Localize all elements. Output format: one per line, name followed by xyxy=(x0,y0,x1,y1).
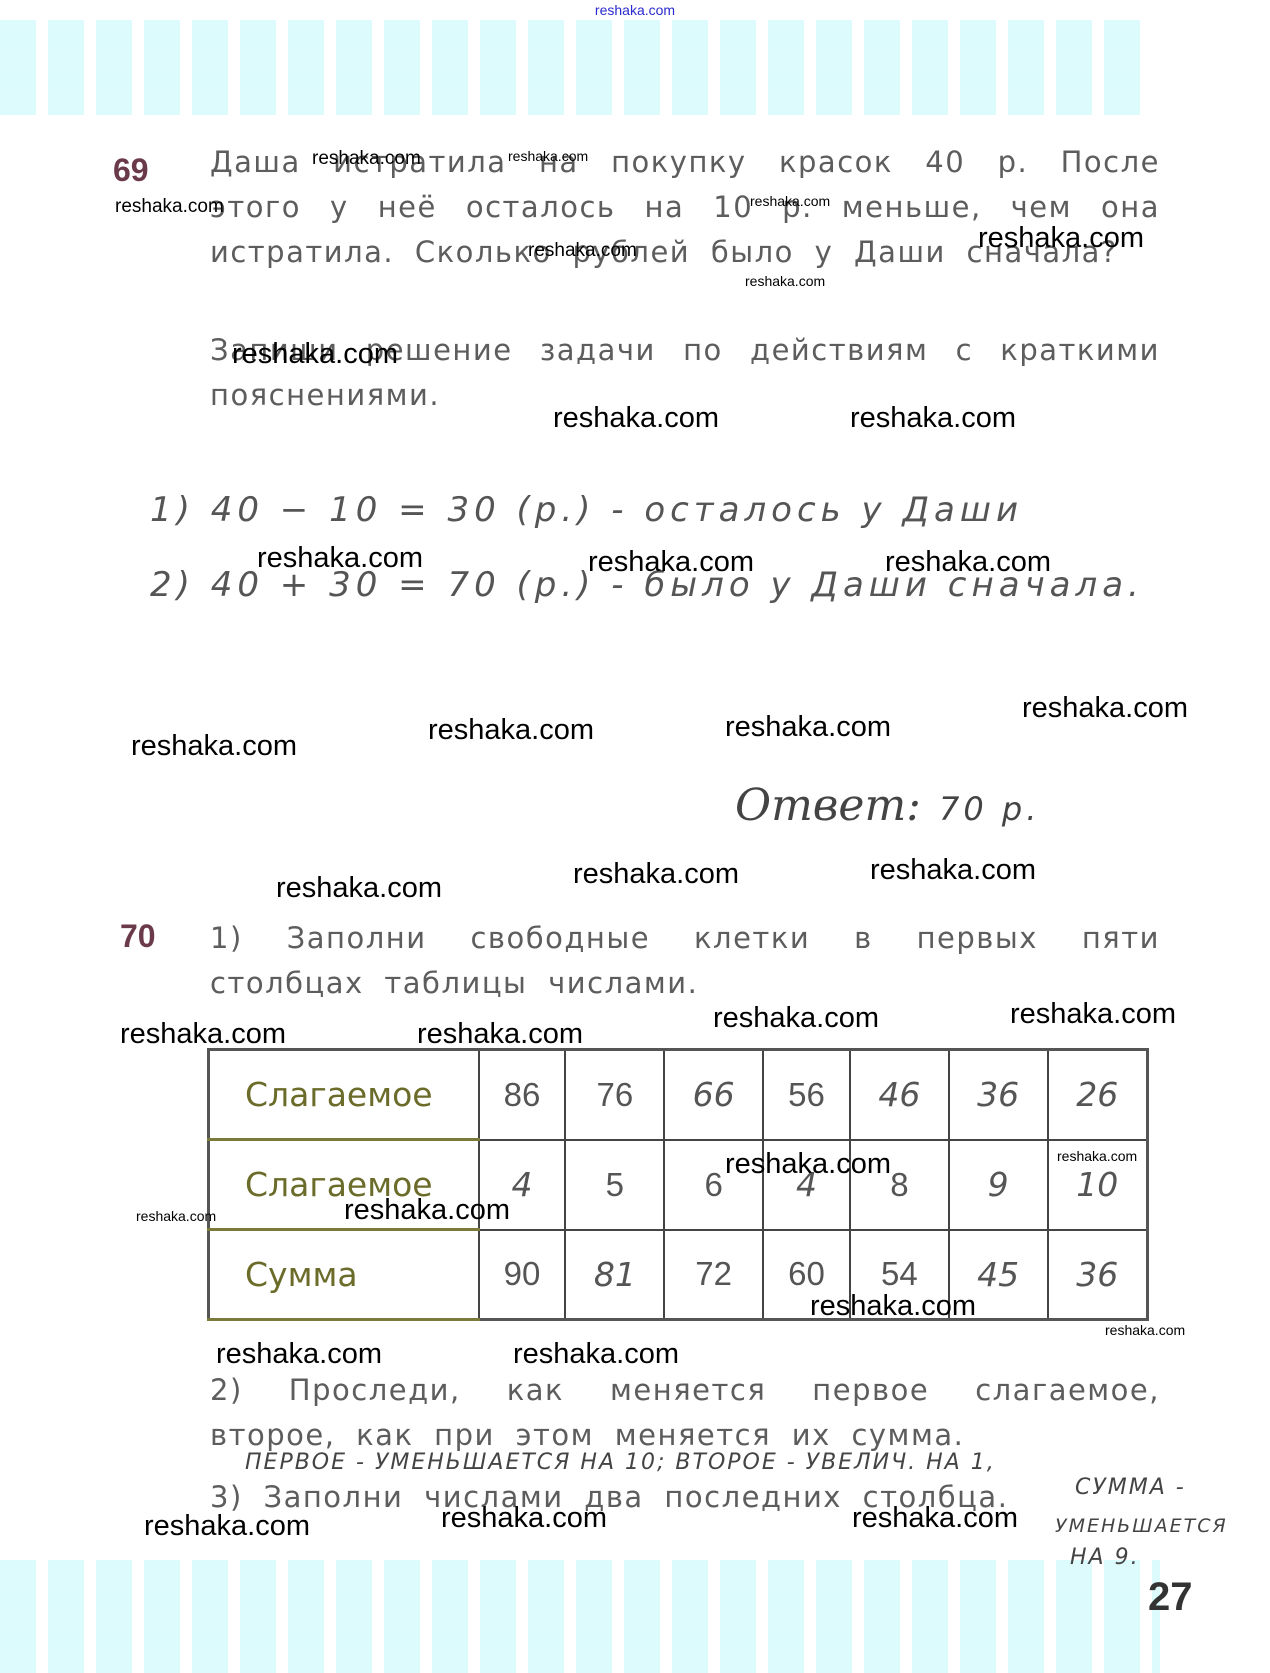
watermark: reshaka.com xyxy=(725,1148,891,1181)
watermark: reshaka.com xyxy=(257,542,423,575)
watermark: reshaka.com xyxy=(850,402,1016,435)
table-row-sum: Сумма 90 81 72 60 54 45 36 xyxy=(209,1230,1148,1320)
answer-label: Ответ: xyxy=(735,780,921,831)
watermark: reshaka.com xyxy=(508,148,588,164)
table-cell: 26 xyxy=(1048,1050,1148,1140)
watermark: reshaka.com xyxy=(725,711,891,744)
table-cell: 46 xyxy=(850,1050,949,1140)
watermark: reshaka.com xyxy=(885,546,1051,579)
watermark: reshaka.com xyxy=(131,730,297,763)
solution-step-1: 1) 40 − 10 = 30 (р.) - осталось у Даши xyxy=(150,490,1023,530)
watermark: reshaka.com xyxy=(528,240,637,262)
table-cell: 86 xyxy=(479,1050,566,1140)
answer-69: Ответ:70 р. xyxy=(735,780,1040,831)
watermark: reshaka.com xyxy=(810,1290,976,1323)
problem-70-task-1: 1) Заполни свободные клетки в первых пят… xyxy=(210,916,1160,1006)
problem-70-number: 70 xyxy=(120,918,156,955)
answer-task-3-line-3: на 9. xyxy=(1070,1545,1140,1570)
table-cell: 36 xyxy=(949,1050,1048,1140)
watermark: reshaka.com xyxy=(588,546,754,579)
watermark: reshaka.com xyxy=(136,1208,216,1224)
problem-70-task-2: 2) Проследи, как меняется первое слагаем… xyxy=(210,1368,1160,1458)
watermark: reshaka.com xyxy=(750,193,830,209)
row-label: Слагаемое xyxy=(209,1050,479,1140)
table-cell: 56 xyxy=(763,1050,850,1140)
watermark: reshaka.com xyxy=(441,1502,607,1535)
watermark: reshaka.com xyxy=(1010,998,1176,1031)
watermark: reshaka.com xyxy=(745,273,825,289)
table-cell: 66 xyxy=(664,1050,763,1140)
watermark: reshaka.com xyxy=(428,714,594,747)
watermark: reshaka.com xyxy=(870,854,1036,887)
addition-table: Слагаемое 86 76 66 56 46 36 26 Слагаемое… xyxy=(207,1048,1149,1321)
watermark: reshaka.com xyxy=(276,872,442,905)
watermark-top: reshaka.com xyxy=(0,2,1270,18)
page-number: 27 xyxy=(1148,1575,1193,1620)
row-label: Сумма xyxy=(209,1230,479,1320)
watermark: reshaka.com xyxy=(115,196,224,218)
table-cell: 90 xyxy=(479,1230,566,1320)
answer-task-2: первое - уменьшается на 10; второе - уве… xyxy=(245,1450,996,1475)
watermark: reshaka.com xyxy=(1022,692,1188,725)
watermark: reshaka.com xyxy=(344,1194,510,1227)
table-cell: 81 xyxy=(565,1230,664,1320)
problem-69-number: 69 xyxy=(113,152,149,189)
decorative-band-top xyxy=(0,20,1150,115)
watermark: reshaka.com xyxy=(1057,1148,1137,1164)
table-cell: 36 xyxy=(1048,1230,1148,1320)
watermark: reshaka.com xyxy=(852,1502,1018,1535)
table-cell: 5 xyxy=(565,1140,664,1230)
table-row-addend-1: Слагаемое 86 76 66 56 46 36 26 xyxy=(209,1050,1148,1140)
watermark: reshaka.com xyxy=(312,148,421,170)
table-cell: 9 xyxy=(949,1140,1048,1230)
table-cell: 72 xyxy=(664,1230,763,1320)
watermark: reshaka.com xyxy=(713,1002,879,1035)
watermark: reshaka.com xyxy=(216,1338,382,1371)
watermark: reshaka.com xyxy=(417,1018,583,1051)
table-cell: 76 xyxy=(565,1050,664,1140)
watermark: reshaka.com xyxy=(120,1018,286,1051)
watermark: reshaka.com xyxy=(232,338,398,371)
answer-task-3-line-2: уменьшается xyxy=(1055,1515,1228,1537)
watermark: reshaka.com xyxy=(144,1510,310,1543)
answer-value: 70 р. xyxy=(939,790,1040,828)
watermark: reshaka.com xyxy=(553,402,719,435)
watermark: reshaka.com xyxy=(1105,1322,1185,1338)
watermark: reshaka.com xyxy=(573,858,739,891)
watermark: reshaka.com xyxy=(513,1338,679,1371)
decorative-band-bottom xyxy=(0,1560,1160,1673)
watermark: reshaka.com xyxy=(978,222,1144,255)
answer-task-3-line-1: сумма - xyxy=(1075,1475,1186,1500)
